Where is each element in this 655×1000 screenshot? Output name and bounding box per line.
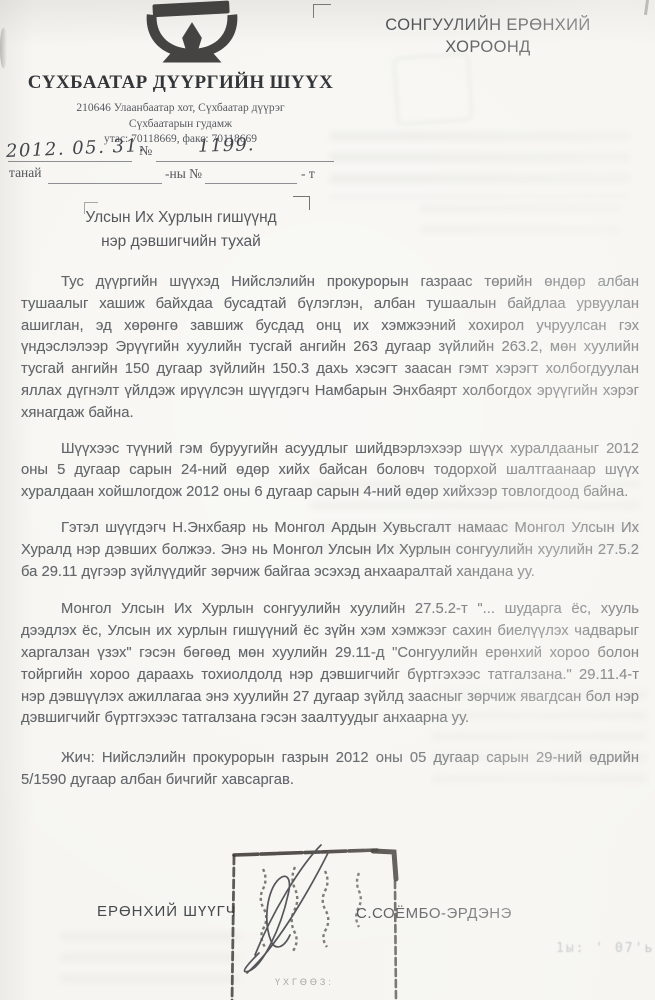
- subject-block: Улсын Их Хурлын гишүүнд нэр дэвшигчийн т…: [60, 206, 302, 254]
- bleed-through-artifact: [330, 132, 630, 198]
- subject-line2: нэр дэвшигчийн тухай: [60, 230, 302, 254]
- address-line2: Сүхбаатарын гудамж: [18, 117, 343, 133]
- scan-edge-smudge: [0, 28, 7, 68]
- number-sign: №: [139, 144, 152, 160]
- blank-underline: [205, 182, 297, 184]
- letterhead: СҮХБААТАР ДҮҮРГИЙН ШҮҮХ 210646 Улаанбаат…: [18, 71, 343, 148]
- signer-title: ЕРӨНХИЙ ШҮҮГЧ: [97, 903, 237, 920]
- paragraph: Тус дүүргийн шүүхэд Нийслэлийн прокуроры…: [21, 272, 639, 425]
- your-ref-prefix: танай: [9, 165, 42, 181]
- handwritten-outgoing-number: 1199.: [198, 134, 255, 156]
- recipient-line1: СОНГУУЛИЙН ЕРӨНХИЙ: [368, 14, 608, 36]
- subject-line1: Улсын Их Хурлын гишүүнд: [60, 206, 302, 230]
- bleed-through-artifact: [60, 932, 240, 984]
- ghost-stamp-artifact: [393, 52, 474, 125]
- blank-underline: [8, 160, 132, 162]
- stamp-caption: ҮХГӨӨЗ:: [275, 977, 334, 987]
- letter-body: Тус дүүргийн шүүхэд Нийслэлийн прокуроры…: [21, 272, 639, 806]
- paragraph-note: Жич: Нийслэлийн прокурорын газрын 2012 о…: [21, 748, 639, 792]
- paragraph: Гэтэл шүүгдэгч Н.Энхбаяр нь Монгол Ардын…: [21, 518, 639, 583]
- faint-footer-mark: 1ы: ' 07'ь: [556, 941, 654, 956]
- recipient-block: СОНГУУЛИЙН ЕРӨНХИЙ ХОРООНД: [368, 14, 608, 58]
- scan-edge-tick: [644, 0, 649, 15]
- signature-scribble: [244, 845, 329, 973]
- recipient-line2: ХОРООНД: [368, 36, 608, 58]
- bleed-through-artifact: [420, 204, 620, 244]
- paragraph: Шүүхээс түүний гэм буруугийн асуудлыг ши…: [21, 439, 639, 504]
- address-line1: 210646 Улаанбаатар хот, Сүхбаатар дүүрэг: [18, 101, 343, 117]
- corner-crop-mark: [313, 4, 331, 18]
- blank-underline: [48, 182, 162, 184]
- scanned-letter-page: СОНГУУЛИЙН ЕРӨНХИЙ ХОРООНД СҮХБААТАР ДҮҮ…: [0, 0, 655, 1000]
- court-name: СҮХБААТАР ДҮҮРГИЙН ШҮҮХ: [18, 71, 343, 95]
- official-stamp: ҮХГӨӨЗ:: [227, 843, 403, 1000]
- paragraph: Монгол Улсын Их Хурлын сонгуулийн хуулий…: [21, 599, 639, 730]
- court-emblem-icon: [133, 0, 251, 64]
- blank-underline: [156, 160, 334, 162]
- your-ref-middle: -ны №: [165, 166, 202, 182]
- your-ref-suffix: - т: [301, 166, 315, 182]
